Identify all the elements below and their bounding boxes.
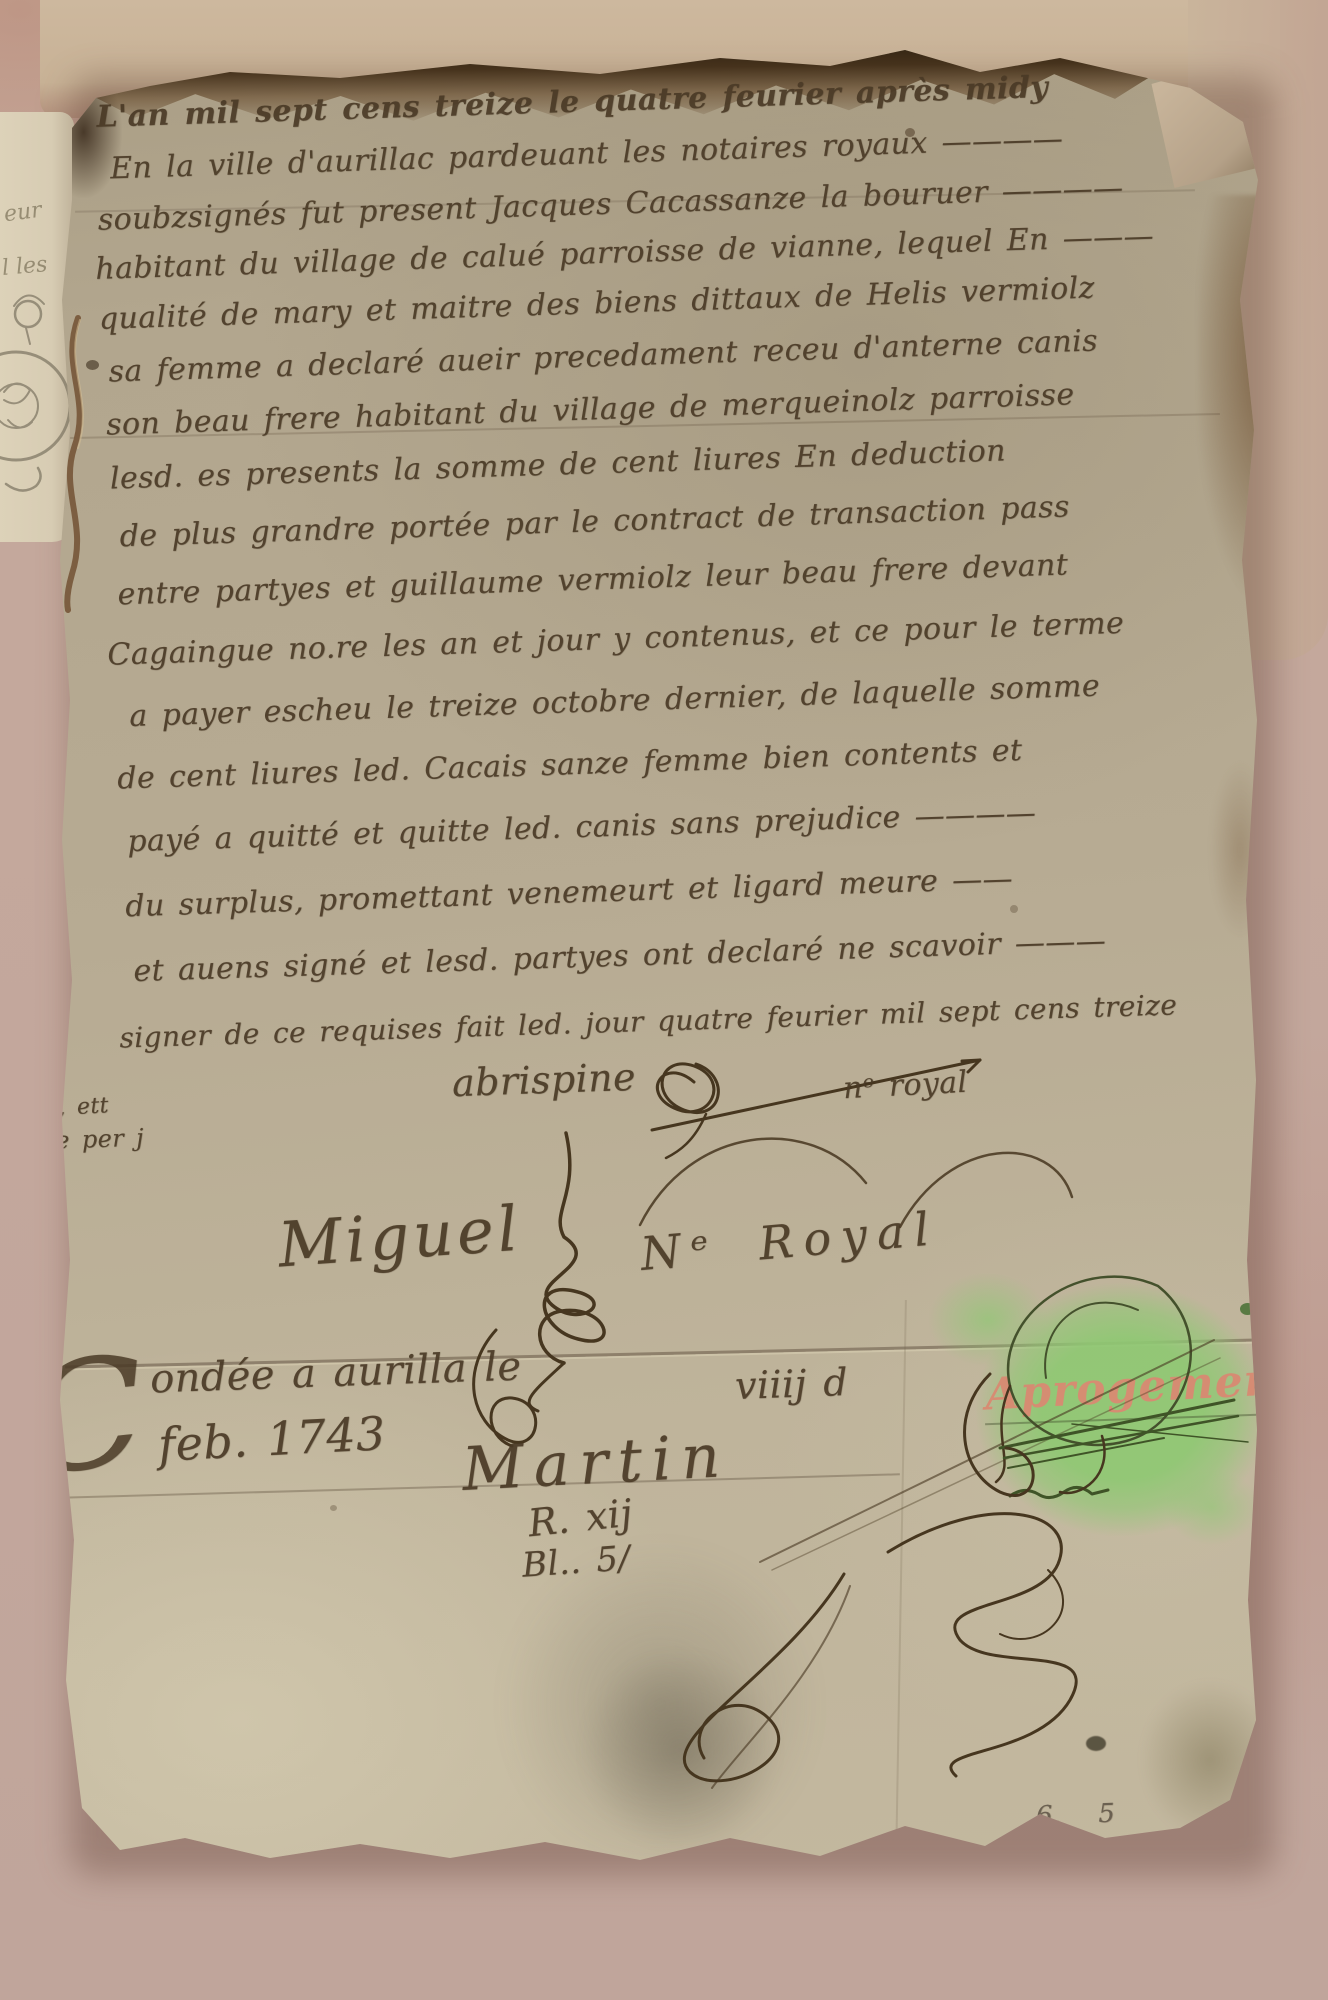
sliver-script-fragment: l les [1,252,48,281]
manuscript-line: L'an mil sept cens treize le quatre feur… [96,70,1049,135]
manuscript-line: et auens signé et lesd. partyes ont decl… [133,924,1107,990]
manuscript-line: a payer escheu le treize octobre dernier… [129,669,1101,734]
control-initial: C [13,1324,155,1510]
signature-abrispine-title: nᵉ royal [842,1065,968,1106]
manuscript-line: son beau frere habitant du village de me… [106,377,1075,442]
paraph-bottom-flourish [592,1556,882,1816]
manuscript-line: payé a quitté et quitte led. canis sans … [127,796,1037,860]
manuscript-page: Aprogemere L'an mil sept cens treize le … [0,0,1328,2000]
margin-note-line: —— , ett [1,1093,109,1124]
signature-martin: Martin [460,1421,731,1505]
margin-note-line: tanee per j [0,1123,144,1156]
binding-cord [48,312,104,612]
control-date: feb. 1743 [157,1406,387,1472]
manuscript-line: de plus grandre portée par le contract d… [119,489,1070,554]
manuscript-photo-scene: eur l les [0,0,1328,2000]
manuscript-line: sa femme a declaré aueir precedament rec… [108,323,1098,389]
manuscript-line: de cent liures led. Cacais sanze femme b… [117,733,1023,796]
fox-spot [330,1505,337,1511]
manuscript-line: lesd. es presents la somme de cent liure… [109,433,1006,496]
sliver-script-fragment: eur [3,198,43,227]
manuscript-line: entre partyes et guillaume vermiolz leur… [117,548,1069,613]
manuscript-line: Cagaingue no.re les an et jour y contenu… [107,606,1125,673]
manuscript-line: du surplus, promettant venemeurt et liga… [125,861,1014,924]
signature-abrispine: abrispine [451,1055,636,1105]
registration-mark: R. xij [526,1491,635,1546]
text-block: L'an mil sept cens treize le quatre feur… [87,0,1306,1100]
